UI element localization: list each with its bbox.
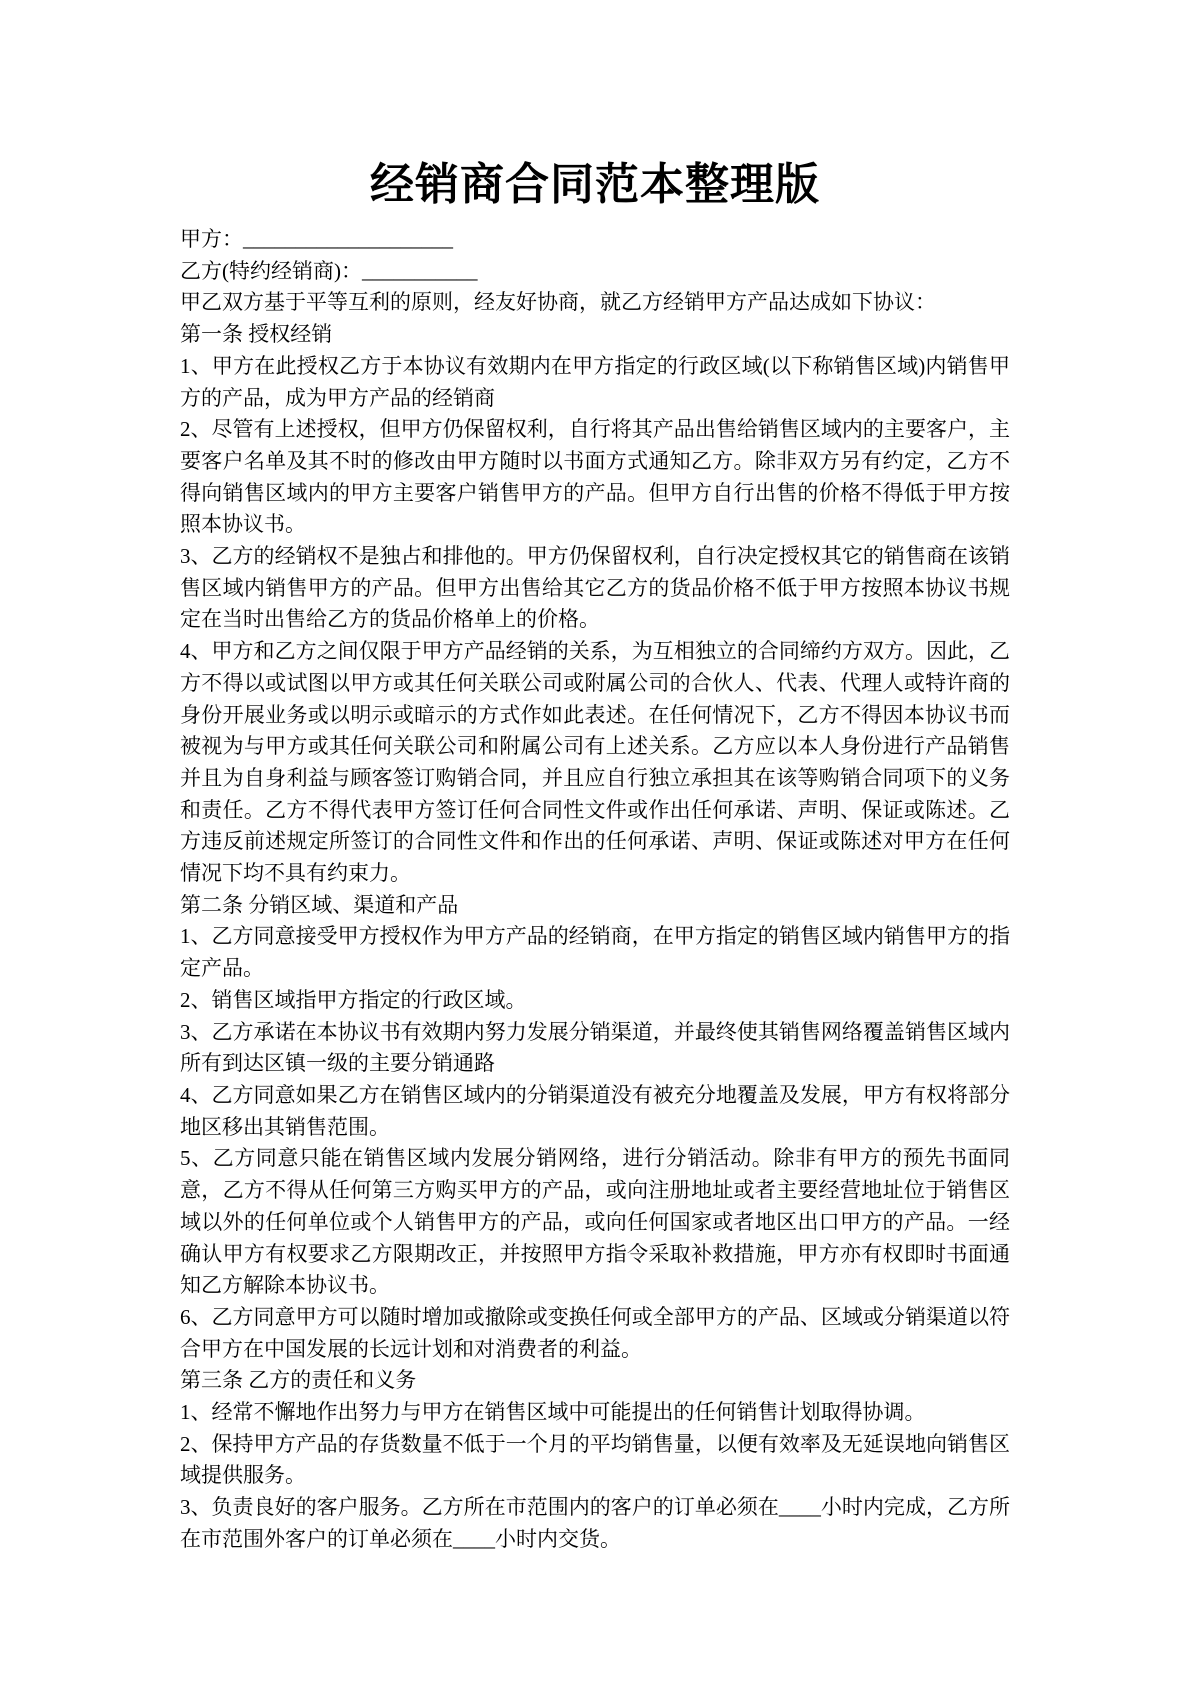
paragraph: 3、乙方的经销权不是独占和排他的。甲方仍保留权利，自行决定授权其它的销售商在该销…: [180, 541, 1010, 636]
document-title: 经销商合同范本整理版: [0, 156, 1190, 214]
paragraph: 4、甲方和乙方之间仅限于甲方产品经销的关系，为互相独立的合同缔约方双方。因此，乙…: [180, 636, 1010, 890]
fill-in-field-line: 甲方：____________________: [180, 224, 1010, 256]
contract-document-page: 经销商合同范本整理版 甲方：____________________ 乙方(特约…: [0, 0, 1190, 1683]
paragraph: 1、甲方在此授权乙方于本协议有效期内在甲方指定的行政区域(以下称销售区域)内销售…: [180, 351, 1010, 414]
paragraph: 5、乙方同意只能在销售区域内发展分销网络，进行分销活动。除非有甲方的预先书面同意…: [180, 1143, 1010, 1302]
document-body: 甲方：____________________ 乙方(特约经销商)：______…: [180, 224, 1010, 1556]
paragraph: 甲乙双方基于平等互利的原则，经友好协商，就乙方经销甲方产品达成如下协议：: [180, 287, 1010, 319]
paragraph: 2、销售区域指甲方指定的行政区域。: [180, 985, 1010, 1017]
section-heading: 第一条 授权经销: [180, 319, 1010, 351]
paragraph: 3、乙方承诺在本协议书有效期内努力发展分销渠道，并最终使其销售网络覆盖销售区域内…: [180, 1017, 1010, 1080]
paragraph: 4、乙方同意如果乙方在销售区域内的分销渠道没有被充分地覆盖及发展，甲方有权将部分…: [180, 1080, 1010, 1143]
paragraph: 6、乙方同意甲方可以随时增加或撤除或变换任何或全部甲方的产品、区域或分销渠道以符…: [180, 1302, 1010, 1365]
paragraph: 1、乙方同意接受甲方授权作为甲方产品的经销商，在甲方指定的销售区域内销售甲方的指…: [180, 921, 1010, 984]
paragraph: 2、尽管有上述授权，但甲方仍保留权利，自行将其产品出售给销售区域内的主要客户，主…: [180, 414, 1010, 541]
section-heading: 第二条 分销区域、渠道和产品: [180, 890, 1010, 922]
fill-in-field-line: 乙方(特约经销商)：___________: [180, 256, 1010, 288]
paragraph: 1、经常不懈地作出努力与甲方在销售区域中可能提出的任何销售计划取得协调。: [180, 1397, 1010, 1429]
paragraph: 3、负责良好的客户服务。乙方所在市范围内的客户的订单必须在____小时内完成，乙…: [180, 1492, 1010, 1555]
paragraph: 2、保持甲方产品的存货数量不低于一个月的平均销售量，以便有效率及无延误地向销售区…: [180, 1429, 1010, 1492]
section-heading: 第三条 乙方的责任和义务: [180, 1365, 1010, 1397]
